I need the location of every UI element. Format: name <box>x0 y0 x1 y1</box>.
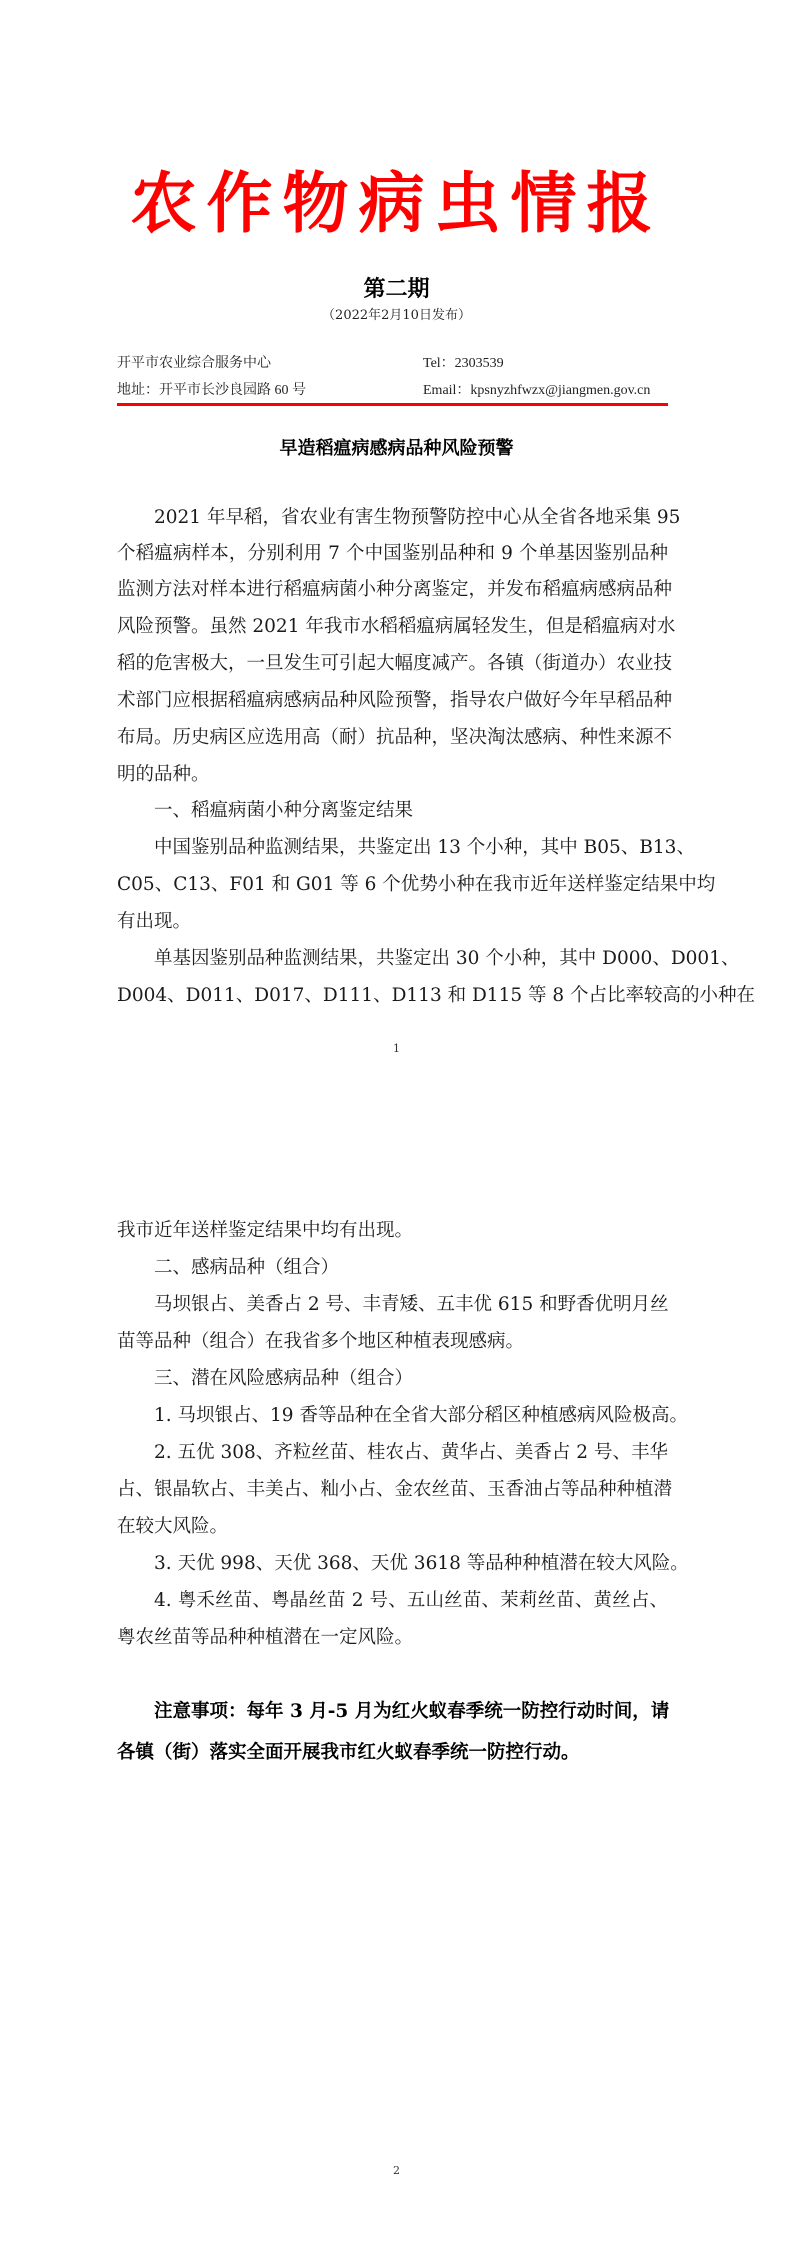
publisher-email: Email：kpsnyzhfwzx@jiangmen.gov.cn <box>423 379 650 399</box>
body-line: C05、C13、F01 和 G01 等 6 个优势小种在我市近年送样鉴定结果中均 <box>117 867 668 903</box>
body-line: D004、D011、D017、D111、D113 和 D115 等 8 个占比率… <box>117 978 668 1014</box>
section-heading-1: 一、稻瘟病菌小种分离鉴定结果 <box>117 793 668 829</box>
body-line: 风险预警。虽然 2021 年我市水稻稻瘟病属轻发生，但是稻瘟病对水 <box>117 609 668 645</box>
body-line: 我市近年送样鉴定结果中均有出现。 <box>117 1213 668 1249</box>
publisher-org: 开平市农业综合服务中心 <box>117 352 271 372</box>
list-item-2-cont: 占、银晶软占、丰美占、籼小占、金农丝苗、玉香油占等品种种植潜 <box>117 1472 668 1508</box>
body-line: 有出现。 <box>117 904 668 940</box>
body-line: 2021 年早稻，省农业有害生物预警防控中心从全省各地采集 95 <box>117 500 668 536</box>
body-line: 术部门应根据稻瘟病感病品种风险预警，指导农户做好今年早稻品种 <box>117 683 668 719</box>
list-item-2-cont: 在较大风险。 <box>117 1509 668 1545</box>
list-item-1: 1. 马坝银占、19 香等品种在全省大部分稻区种植感病风险极高。 <box>117 1398 668 1434</box>
list-item-2: 2. 五优 308、齐粒丝苗、桂农占、黄华占、美香占 2 号、丰华 <box>117 1435 668 1471</box>
notice-text: 注意事项：每年 3 月-5 月为红火蚁春季统一防控行动时间，请 <box>117 1694 668 1730</box>
article-title: 早造稻瘟病感病品种风险预警 <box>0 434 793 460</box>
section-heading-3: 三、潜在风险感病品种（组合） <box>117 1361 668 1397</box>
list-item-4: 4. 粤禾丝苗、粤晶丝苗 2 号、五山丝苗、茉莉丝苗、黄丝占、 <box>117 1583 668 1619</box>
body-line: 监测方法对样本进行稻瘟病菌小种分离鉴定，并发布稻瘟病感病品种 <box>117 572 668 608</box>
body-line: 布局。历史病区应选用高（耐）抗品种，坚决淘汰感病、种性来源不 <box>117 720 668 756</box>
publisher-tel: Tel：2303539 <box>423 352 504 372</box>
body-line: 中国鉴别品种监测结果，共鉴定出 13 个小种，其中 B05、B13、 <box>117 830 668 866</box>
body-line: 个稻瘟病样本，分别利用 7 个中国鉴别品种和 9 个单基因鉴别品种 <box>117 536 668 572</box>
section-heading-2: 二、感病品种（组合） <box>117 1250 668 1286</box>
list-item-3: 3. 天优 998、天优 368、天优 3618 等品种种植潜在较大风险。 <box>117 1546 668 1582</box>
page-number-2: 2 <box>0 2164 793 2177</box>
body-line: 苗等品种（组合）在我省多个地区种植表现感病。 <box>117 1324 668 1360</box>
notice-text: 各镇（街）落实全面开展我市红火蚁春季统一防控行动。 <box>117 1735 668 1771</box>
body-line: 单基因鉴别品种监测结果，共鉴定出 30 个小种，其中 D000、D001、 <box>117 941 668 977</box>
issue-number: 第二期 <box>0 272 793 303</box>
header-divider <box>117 403 668 406</box>
publisher-address: 地址：开平市长沙良园路 60 号 <box>117 379 306 399</box>
page-number-1: 1 <box>0 1042 793 1055</box>
masthead-title: 农作物病虫情报 <box>0 158 793 248</box>
body-line: 马坝银占、美香占 2 号、丰青矮、五丰优 615 和野香优明月丝 <box>117 1287 668 1323</box>
list-item-4-cont: 粤农丝苗等品种种植潜在一定风险。 <box>117 1620 668 1656</box>
publish-date: （2022年2月10日发布） <box>0 304 793 323</box>
body-line: 明的品种。 <box>117 757 668 793</box>
body-line: 稻的危害极大，一旦发生可引起大幅度减产。各镇（街道办）农业技 <box>117 646 668 682</box>
